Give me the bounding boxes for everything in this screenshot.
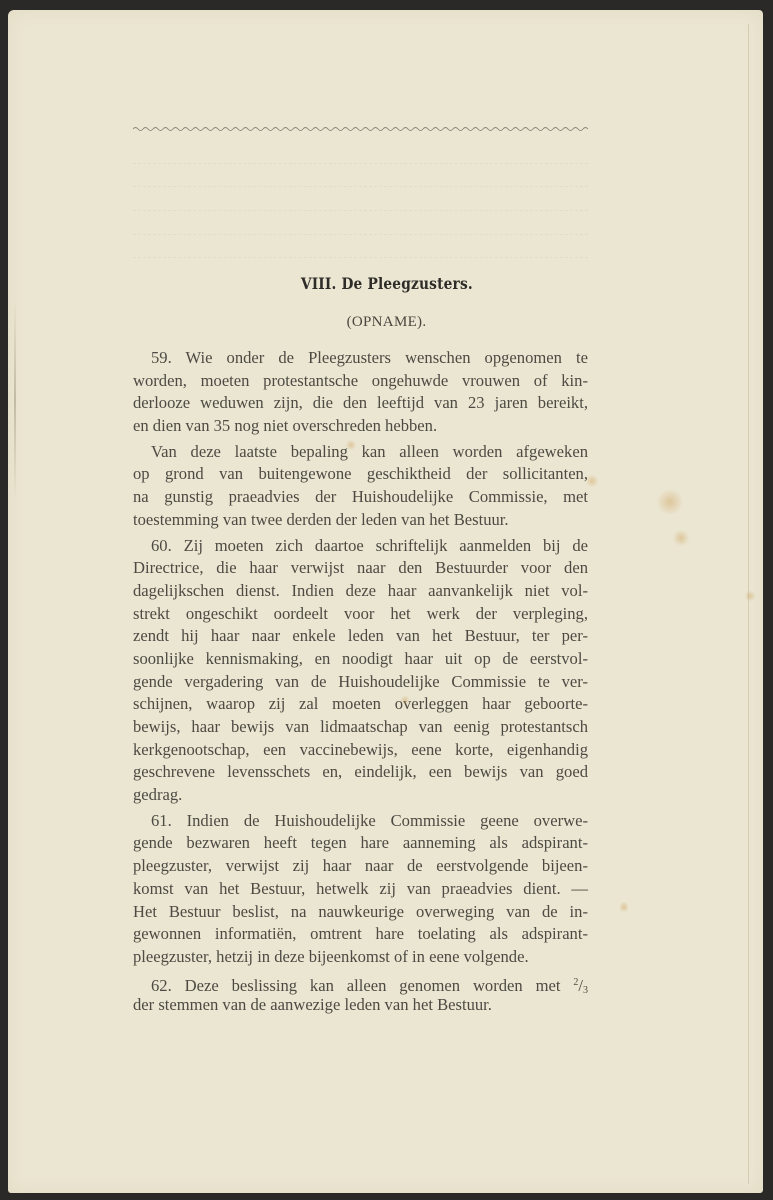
text-line: Het Bestuur beslist, na nauwkeurige over… bbox=[133, 901, 588, 924]
text-line: na gunstig praeadvies der Huishoudelijke… bbox=[133, 486, 588, 509]
text-line: pleegzuster, hetzij in deze bijeenkomst … bbox=[133, 946, 588, 969]
text-line-with-fraction: 62. Deze beslissing kan alleen genomen w… bbox=[133, 972, 588, 995]
text-line: kerkgenootschap, een vaccinebewijs, eene… bbox=[133, 739, 588, 762]
text-line: 59. Wie onder de Pleegzusters wenschen o… bbox=[133, 347, 588, 370]
text-line: op grond van buitengewone geschiktheid d… bbox=[133, 463, 588, 486]
text-line: gende bezwaren heeft tegen hare aannemin… bbox=[133, 832, 588, 855]
text-line: der stemmen van de aanwezige leden van h… bbox=[133, 994, 588, 1017]
section-title: VIII. De Pleegzusters. bbox=[54, 274, 719, 293]
text-line: toestemming van twee derden der leden va… bbox=[133, 509, 588, 532]
ornamental-wavy-rule bbox=[133, 126, 588, 132]
page-edge-right bbox=[748, 24, 749, 1184]
text-line: derlooze weduwen zijn, die den leeftijd … bbox=[133, 392, 588, 415]
text-line: gewonnen informatiën, omtrent hare toela… bbox=[133, 923, 588, 946]
article-61: 61. Indien de Huishoudelijke Commissie g… bbox=[133, 810, 588, 969]
text-line: komst van het Bestuur, hetwelk zij van p… bbox=[133, 878, 588, 901]
fraction-two-thirds: 2/3 bbox=[573, 976, 588, 995]
text-line: 60. Zij moeten zich daartoe schriftelijk… bbox=[133, 535, 588, 558]
text-line: dagelijkschen dienst. Indien deze haar a… bbox=[133, 580, 588, 603]
text-line: gedrag. bbox=[133, 784, 588, 807]
text-fragment: 62. Deze beslissing kan alleen genomen w… bbox=[151, 976, 560, 995]
text-line: Directrice, die haar verwijst naar den B… bbox=[133, 557, 588, 580]
text-line: worden, moeten protestantsche ongehuwde … bbox=[133, 370, 588, 393]
text-line: strekt ongeschikt oordeelt voor het werk… bbox=[133, 603, 588, 626]
text-line: schijnen, waarop zij zal moeten overlegg… bbox=[133, 693, 588, 716]
article-60: 60. Zij moeten zich daartoe schriftelijk… bbox=[133, 535, 588, 807]
fraction-numerator: 2 bbox=[573, 977, 578, 988]
text-line: gende vergadering van de Huishoudelijke … bbox=[133, 671, 588, 694]
text-line: Van deze laatste bepaling kan alleen wor… bbox=[133, 441, 588, 464]
text-line: pleegzuster, verwijst zij haar naar de e… bbox=[133, 855, 588, 878]
section-subtitle: (OPNAME). bbox=[0, 314, 773, 331]
text-line: 61. Indien de Huishoudelijke Commissie g… bbox=[133, 810, 588, 833]
fraction-denominator: 3 bbox=[583, 985, 588, 996]
text-line: geschrevene levensschets en, eindelijk, … bbox=[133, 761, 588, 784]
article-59: 59. Wie onder de Pleegzusters wenschen o… bbox=[133, 347, 588, 438]
document-body: 59. Wie onder de Pleegzusters wenschen o… bbox=[133, 347, 588, 1020]
text-line: bewijs, haar bewijs van lidmaatschap van… bbox=[133, 716, 588, 739]
article-59-continuation: Van deze laatste bepaling kan alleen wor… bbox=[133, 441, 588, 532]
article-62: 62. Deze beslissing kan alleen genomen w… bbox=[133, 972, 588, 1017]
text-line: zendt hij haar naar enkele leden van het… bbox=[133, 625, 588, 648]
text-line: en dien van 35 nog niet overschreden heb… bbox=[133, 415, 588, 438]
text-line: soonlijke kennismaking, en noodigt haar … bbox=[133, 648, 588, 671]
